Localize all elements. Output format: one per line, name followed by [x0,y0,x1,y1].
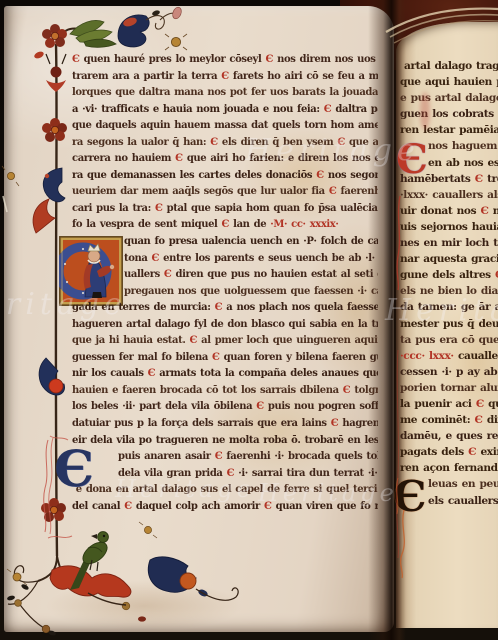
text-line: hagueren artal dalago fyl de don blasco … [72,317,378,334]
text-line: uir donat nos Є mogu [400,203,498,219]
text-line: que daquels aquin hauem massa dat quels … [72,118,378,135]
rubric-text: Є [475,173,483,185]
text-line: artal dalago traguen [404,58,498,74]
text-line: lorques que daltra mana nos pot fer uos … [72,85,378,102]
rubric-text: Є [212,352,220,363]
red-initial-e: Є [396,140,428,180]
rubric-text: Є [124,501,132,512]
text-line: ·lxxx· cauallers als q̄ls [400,187,498,203]
right-text-block: artal dalago traguenque aqui hauien pres… [400,58,498,509]
rubric-text: Є [265,54,273,65]
dark-initial-e: Є [393,476,426,518]
text-line: me cominēt: Є dix don [400,412,498,428]
text-line: gune dels altres Є que [400,267,498,283]
text-line: fo la vespra de sent miquel Є lan de ·M·… [72,217,378,234]
text-line: datuiar pus p la força dels sarrais que … [72,416,378,433]
text-line: dela vila gran prida Є ·i· sarrai tira d… [118,466,378,483]
text-line: nos haguem te [428,138,498,154]
rubric-text: Є [210,137,218,148]
left-text-block: Є quen hauré pres lo meylor cōseyl Є nos… [72,52,378,515]
rubric-text: Є [222,219,230,230]
text-line: guessen fer mal fo bilena Є quan foren y… [72,350,378,367]
text-line: que ja hi hauia estat. Є al pmer loch qu… [72,333,378,350]
text-line: pregauen nos que uolguessem que faessen … [124,284,378,301]
rubric-text: Є [221,71,229,82]
text-line: gada en terres de murcia: Є a nos plach … [72,300,378,317]
text-line: carrera no hauiem Є que airi ho farien: … [72,151,378,168]
text-line: da tamen: ge ār ad a l [400,299,498,315]
rubric-text: Є [337,137,345,148]
rubric-text: Є [476,398,484,410]
text-line: en ab nos estat a [428,155,498,171]
rubric-text: Є [316,170,324,181]
text-line: del canal Є daquel colp ach amorir Є qua… [72,499,378,516]
text-line: hauien e faeren brocada cō tot los sarra… [72,383,378,400]
rubric-text: Є [468,446,476,458]
text-line: pagats dels Є exirē aad [400,444,498,460]
text-line: porien tornar alur ten [400,380,498,396]
text-line: mester pus q̄ deu tan tel [400,316,498,332]
text-line: uis sejornos hauia feri [400,219,498,235]
text-line: damēu, e ques respon d [400,428,498,444]
text-line: nes en mir loch tant bo [400,235,498,251]
text-line: leuas en peus. Є d [428,476,498,492]
text-line: los beles ·ii· part dela vila ōbilena Є … [72,399,378,416]
text-line: que aqui hauien pres Є a [400,74,498,90]
rubric-text: ·M· cc· xxxix· [270,219,338,230]
rubric-text: Є [155,203,163,214]
text-line: ra segons la ualor q̄ han: Є els diren q… [72,135,378,152]
rubric-text: ·ccc· lxxx· [400,350,454,362]
text-line: ·ccc· lxxx· cauallers el fi [400,348,498,364]
text-line: la puenir aci Є que no [400,396,498,412]
text-line: nir los cauals Є armats tota la compaña … [72,366,378,383]
text-line: Є quen hauré pres lo meylor cōseyl Є nos… [72,52,378,69]
text-line: els ne bien lo dia que u [400,283,498,299]
text-line: cari pus la tra: Є ptal que sapia hom qu… [72,201,378,218]
rubric-text: Є [152,253,160,264]
text-line: e pus artal dalago era m [400,90,498,106]
rubric-text: Є [475,414,483,426]
text-line: els cauallers lani [428,493,498,509]
rubric-text: Є [72,54,80,65]
blue-initial-e: Є [54,444,94,494]
text-line: cessen ·i· p ay ab nos aqu [400,364,498,380]
red-smudge [420,92,430,130]
text-line: puis anaren asair Є faerenhi ·i· brocada… [118,449,378,466]
text-line: uallers Є diren que pus no hauien estat … [124,267,378,284]
rubric-text: Є [175,153,183,164]
text-line: ueuriem dar mem aaq̄ls segōs que lur ual… [72,184,378,201]
rubric-text: Є [190,335,198,346]
text-line: ta pus era cō questa qu [400,332,498,348]
text-line: nar aquesta gracia ca [400,251,498,267]
text-line: tal e dona en artal dalago sus el capel … [72,482,378,499]
text-line: a ·vi· trafficats e hauia nom jouada e n… [72,102,378,119]
text-line: eir dela vila po tragueren ne molta roba… [72,433,378,450]
rubric-text: Є [264,501,272,512]
text-line: tona Є entre los parents e seus uench be… [124,251,378,268]
text-line: trarem ara a partir la terra Є farets ho… [72,69,378,86]
text-line: guen los cobrats Є la ca [400,106,498,122]
text-line: ra que demanassen les cartes deles donac… [72,168,378,185]
manuscript-photo: Є quen hauré pres lo meylor cōseyl Є nos… [0,0,498,640]
rubric-text: Є [256,401,264,412]
text-line: quan fo presa ualencia uench en ·P· folc… [124,234,378,251]
